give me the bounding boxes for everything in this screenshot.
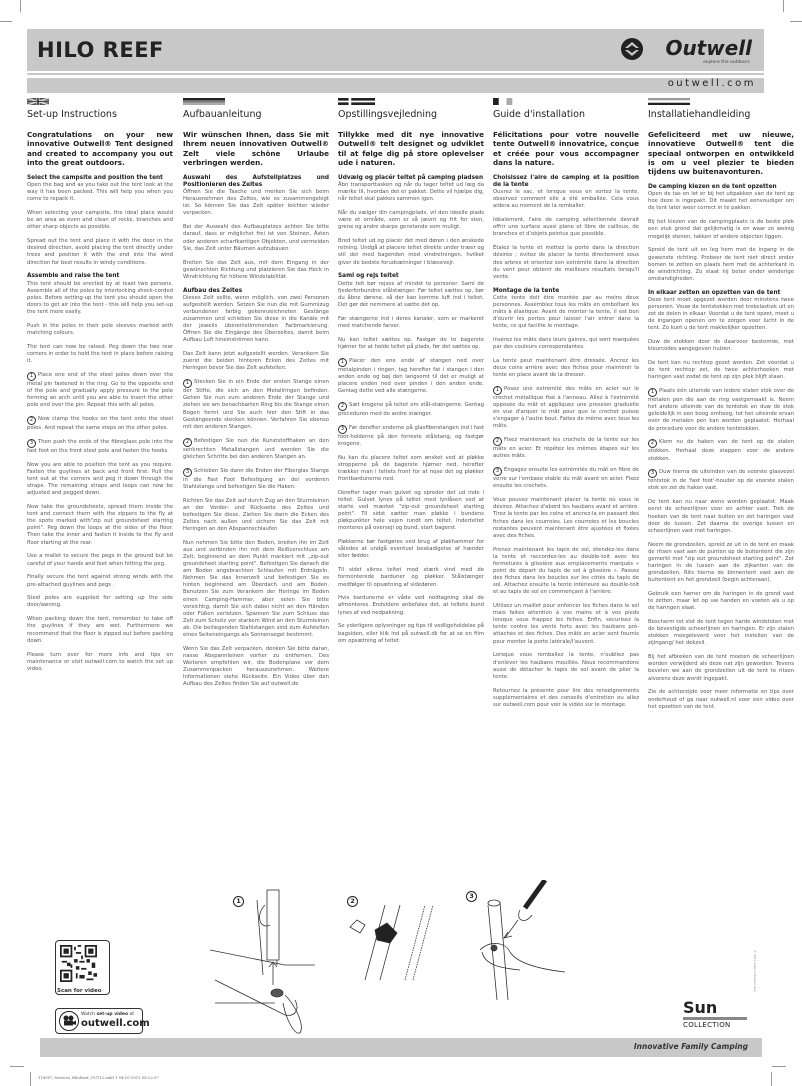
instruction-paragraph: Steel poles are supplied for setting up … <box>27 595 173 609</box>
paragraph-text: Idéalement, l'aire de camping sélectionn… <box>493 217 639 237</box>
paragraph-text: Bei der Auswahl des Aufbauplatzes achten… <box>183 224 329 251</box>
instruction-paragraph: Use a mallet to secure the pegs in the g… <box>27 553 173 567</box>
instruction-paragraph: Insérez les mâts dans leurs gaines, qui … <box>493 337 639 351</box>
paragraph-text: Fixez maintenant les crochets de la tent… <box>493 437 639 459</box>
instruction-paragraph: 1Plaats één uiteinde van iedere stalen s… <box>648 388 794 432</box>
watch-url[interactable]: outwell.com <box>81 1018 150 1029</box>
instruction-paragraph: Neem de grondzeilen, spreid ze uit in de… <box>648 542 794 585</box>
paragraph-text: Duw hierna de uiteinden van de voorste g… <box>648 469 794 491</box>
step-number-icon: 3 <box>493 467 502 476</box>
instruction-paragraph: Vous pouvez maintenant placer la tente o… <box>493 497 639 540</box>
danish-flag-icon <box>338 98 375 105</box>
german-flag-icon <box>183 98 225 105</box>
instruction-paragraph: Wenn Sie das Zelt verpacken, denken Sie … <box>183 646 329 689</box>
instruction-paragraph: Push in the poles in their pole sleeves … <box>27 323 173 337</box>
instruction-paragraph: 2Befestigen Sie nun die Kunststoffhaken … <box>183 438 329 461</box>
collection-label: COLLECTION <box>683 1021 747 1029</box>
title-band: HILO REEF Outwell explore the outdoors <box>27 29 764 71</box>
intro-text: Congratulations on your new innovative O… <box>27 130 173 167</box>
paragraph-text: Bescherm tot slot de tent tegen harde wi… <box>648 619 794 646</box>
paragraph-text: Deze tent moet opgezet worden door minst… <box>648 297 794 331</box>
instruction-paragraph: Bred teltet ud og placér det med døren i… <box>338 238 484 266</box>
step-number-icon: 3 <box>27 439 36 448</box>
footer-band: Innovative Family Camping <box>40 1038 762 1057</box>
product-title: HILO REEF <box>37 38 164 62</box>
crop-mark <box>783 0 784 12</box>
paragraph-text: When packing down the tent, remember to … <box>27 616 173 643</box>
watch-bold: set-up video <box>96 1012 128 1017</box>
instruction-paragraph: 1Placér den ene ende af stangen ned over… <box>338 358 484 395</box>
paragraph-text: Öffnen Sie die Tasche und merken Sie sic… <box>183 189 329 216</box>
paragraph-text: Open the bag and as you take out the ten… <box>27 182 173 202</box>
paragraph-text: This tent should be erected by at least … <box>27 281 173 315</box>
qr-code[interactable] <box>55 940 110 995</box>
step-number-icon: 1 <box>183 379 192 388</box>
instruction-paragraph: Select the campsite and position the ten… <box>27 175 173 203</box>
qr-code-icon <box>60 945 97 982</box>
website-url: outwell.com <box>668 78 756 89</box>
paragraph-text: Schieben Sie dann die Enden der Fibergla… <box>183 468 329 490</box>
instruction-paragraph: Assemble and raise the tentThis tent sho… <box>27 273 173 316</box>
print-slug: 118097_Sewn-in_HiloReef_OUT12.indd 1 04-… <box>38 1075 159 1080</box>
instructions: Udvælg og placér teltet på camping plads… <box>338 175 484 645</box>
paragraph-text: Posez une extrémité des mâts en acier su… <box>493 386 639 429</box>
instruction-paragraph: Nu kan teltet sættes op. Fastgør de to b… <box>338 337 484 351</box>
instruction-paragraph: 2Klem nu de haken van de tent op de stal… <box>648 439 794 462</box>
sun-bar <box>683 1017 747 1020</box>
step-number-icon: 2 <box>27 416 36 425</box>
instruction-paragraph: Bij het kiezen van de campingplaats is d… <box>648 219 794 240</box>
paragraph-text: Engagez ensuite les extrémités du mât en… <box>493 467 639 489</box>
paragraph-text: Bred teltet ud og placér det med døren i… <box>338 238 484 265</box>
instruction-paragraph: Richten Sie das Zelt auf durch Zug an de… <box>183 498 329 533</box>
instruction-paragraph: Étalez la tente et mettez la porte dans … <box>493 245 639 280</box>
watch-caption: Watch set-up video at <box>81 1012 134 1017</box>
paragraph-text: Duw de stokken door de daarvoor bestemde… <box>648 339 794 352</box>
instruction-paragraph: Til sidst sikres teltet mod stærk vind m… <box>338 567 484 588</box>
instruction-paragraph: Auswahl des Aufstellplatzes und Position… <box>183 175 329 218</box>
subheading: De camping kiezen en de tent opzetten <box>648 184 794 191</box>
column-french: Guide d'installation Félicitations pour … <box>493 98 639 716</box>
instruction-paragraph: Nun nehmen Sie bitte den Boden, breiten … <box>183 540 329 639</box>
instruction-paragraph: Prenez maintenant les tapis de sol, éten… <box>493 547 639 597</box>
step-number-icon: 1 <box>338 358 347 367</box>
hand-pole-icon <box>205 885 315 1035</box>
crop-mark <box>771 1072 772 1086</box>
instruction-paragraph: Finally secure the tent against strong w… <box>27 574 173 588</box>
instruction-paragraph: 3Schieben Sie dann die Enden der Fibergl… <box>183 468 329 491</box>
instruction-paragraph: Derefter tager man gulvet og spreder det… <box>338 490 484 533</box>
paragraph-text: Åbn transporttasken og når du tager telt… <box>338 182 484 202</box>
instruction-paragraph: Spreid de tent uit en leg hem met de ing… <box>648 247 794 282</box>
paragraph-text: Breiten Sie das Zelt aus, mit dem Eingan… <box>183 260 329 280</box>
video-camera-icon <box>59 1011 79 1031</box>
column-danish: Opstillingsvejledning Tillykke med dit n… <box>338 98 484 652</box>
instruction-paragraph: Hvis bardunerne er våde ved nedtagning s… <box>338 595 484 616</box>
watch-suffix: at <box>128 1012 134 1017</box>
instruction-paragraph: When packing down the tent, remember to … <box>27 616 173 644</box>
step-number-icon: 2 <box>493 437 502 446</box>
intro-text: Félicitations pour votre nouvelle tente … <box>493 130 639 167</box>
instruction-paragraph: Now take the groundsheets, spread them i… <box>27 504 173 547</box>
step-number-icon: 1 <box>648 388 657 397</box>
paragraph-text: Now clamp the hooks on the tent onto the… <box>27 416 173 431</box>
instruction-paragraph: Idéalement, l'aire de camping sélectionn… <box>493 217 639 238</box>
paragraph-text: La tente peut maintenant être dressée. A… <box>493 358 639 378</box>
instruction-paragraph: 3Før derefter enderne på glasfiberstange… <box>338 425 484 448</box>
watch-video-badge[interactable]: Watch set-up video at outwell.com <box>55 1008 143 1034</box>
paragraph-text: Nu kan du placere teltet som ønsket ved … <box>338 455 484 482</box>
outwell-logo-icon <box>620 37 644 61</box>
subheading: In elkaar zetten en opzetten van de tent <box>648 290 794 297</box>
section-title: Set-up Instructions <box>27 111 173 118</box>
paragraph-text: Bij het afbreken van de tent moeten de s… <box>648 654 794 681</box>
subheading: Auswahl des Aufstellplatzes und Position… <box>183 175 329 189</box>
paragraph-text: De tent kan nu rechtop gezet worden. Zet… <box>648 360 794 380</box>
instruction-paragraph: Zie de achterzijde voor meer informatie … <box>648 689 794 710</box>
instruction-paragraph: When selecting your campsite, the ideal … <box>27 210 173 231</box>
section-title: Aufbauanleitung <box>183 111 329 118</box>
subheading: Assemble and raise the tent <box>27 273 173 280</box>
paragraph-text: Push in the poles in their pole sleeves … <box>27 323 173 336</box>
instruction-paragraph: Nu kan du placere teltet som ønsket ved … <box>338 455 484 483</box>
paragraph-text: Klem nu de haken van de tent op de stale… <box>648 439 794 461</box>
dutch-flag-icon <box>648 98 690 105</box>
paragraph-text: Plaats één uiteinde van iedere stalen st… <box>648 388 794 431</box>
paragraph-text: Steel poles are supplied for setting up … <box>27 595 173 608</box>
intro-text: Gefeliciteerd met uw nieuwe, innovatieve… <box>648 130 794 176</box>
instruction-paragraph: Das Zelt kann jetzt aufgestellt werden. … <box>183 351 329 372</box>
qr-caption: Scan for video <box>57 988 101 994</box>
instruction-paragraph: Breiten Sie das Zelt aus, mit dem Eingan… <box>183 260 329 281</box>
step-number-icon: 1 <box>27 372 36 381</box>
instructions: De camping kiezen en de tent opzettenOpe… <box>648 184 794 711</box>
illustration-step-1: 1 <box>205 885 315 1035</box>
watch-prefix: Watch <box>81 1012 96 1017</box>
paragraph-text: Étalez la tente et mettez la porte dans … <box>493 245 639 279</box>
instruction-paragraph: Duw de stokken door de daarvoor bestemde… <box>648 339 794 353</box>
paragraph-text: Spreid de tent uit en leg hem met de ing… <box>648 247 794 281</box>
french-flag-icon <box>493 98 523 105</box>
instruction-paragraph: 1Posez une extrémité des mâts en acier s… <box>493 386 639 430</box>
paragraph-text: Bij het kiezen van de campingplaats is d… <box>648 219 794 239</box>
crop-mark <box>20 0 21 12</box>
paragraph-text: Cette tente doit être montée par au moin… <box>493 295 639 329</box>
paragraph-text: Now you are able to position the tent as… <box>27 462 173 496</box>
crop-mark <box>30 1072 31 1086</box>
instruction-paragraph: Når du vælger din campingplads, vil den … <box>338 210 484 231</box>
illustration-step-3: 3 <box>460 880 570 1005</box>
intro-text: Wir wünschen Ihnen, dass Sie mit Ihrem n… <box>183 130 329 167</box>
url-band: outwell.com <box>27 78 764 93</box>
instruction-paragraph: Aufbau des ZeltesDieses Zelt sollte, wen… <box>183 288 329 345</box>
instructions: Select the campsite and position the ten… <box>27 175 173 673</box>
subheading: Choisissez l'aire de camping et la posit… <box>493 175 639 189</box>
subheading: Montage de la tente <box>493 288 639 295</box>
instruction-paragraph: Spread out the tent and place it with th… <box>27 238 173 266</box>
crop-mark <box>10 1066 24 1067</box>
paragraph-text: Retournez la présente pour lire des rens… <box>493 688 639 708</box>
step-number-icon: 3 <box>338 425 347 434</box>
paragraph-text: The tent can now be raised. Peg down the… <box>27 344 173 364</box>
subheading: Aufbau des Zeltes <box>183 288 329 295</box>
paragraph-text: Sæt krogene på teltet om stål-stængerne.… <box>338 402 484 417</box>
instruction-paragraph: 3Engagez ensuite les extrémités du mât e… <box>493 467 639 490</box>
brand-tagline: explore the outdoors <box>703 60 750 65</box>
instruction-paragraph: 2Fixez maintenant les crochets de la ten… <box>493 437 639 460</box>
copyright-note: © 2011 Oase Outdoors ApS <box>753 950 757 992</box>
illustration-step-2: 2 <box>335 885 435 995</box>
paragraph-text: Nu kan teltet sættes op. Fastgør de to b… <box>338 337 484 350</box>
paragraph-text: Se yderligere oplysninger og tips til ve… <box>338 623 484 643</box>
paragraph-text: Das Zelt kann jetzt aufgestellt werden. … <box>183 351 329 371</box>
instruction-paragraph: Utilisez un maillet pour enfoncer les fi… <box>493 603 639 646</box>
instruction-paragraph: Bescherm tot slot de tent tegen harde wi… <box>648 619 794 647</box>
instruction-paragraph: Bij het afbreken van de tent moeten de s… <box>648 654 794 682</box>
instruction-paragraph: Udvælg og placér teltet på camping plads… <box>338 175 484 203</box>
instruction-paragraph: De tent kan nu naar wens worden geplaats… <box>648 499 794 534</box>
column-english: Set-up Instructions Congratulations on y… <box>27 98 173 680</box>
instruction-paragraph: Bei der Auswahl des Aufbauplatzes achten… <box>183 224 329 252</box>
paragraph-text: Nun nehmen Sie bitte den Boden, breiten … <box>183 540 329 638</box>
paragraph-text: Please turn over for more info and tips … <box>27 652 173 672</box>
paragraph-text: Vous pouvez maintenant placer la tente o… <box>493 497 639 538</box>
instruction-paragraph: Montage de la tenteCette tente doit être… <box>493 288 639 331</box>
instruction-paragraph: Før stængerne ind i deres kanaler, som e… <box>338 316 484 330</box>
paragraph-text: Zie de achterzijde voor meer informatie … <box>648 689 794 709</box>
instructions: Auswahl des Aufstellplatzes und Position… <box>183 175 329 689</box>
instruction-paragraph: Se yderligere oplysninger og tips til ve… <box>338 623 484 644</box>
instruction-paragraph: Choisissez l'aire de camping et la posit… <box>493 175 639 210</box>
section-title: Guide d'installation <box>493 111 639 118</box>
sun-collection-logo: Sun COLLECTION <box>683 1000 747 1029</box>
paragraph-text: Utilisez un maillet pour enfoncer les fi… <box>493 603 639 644</box>
paragraph-text: Then push the ends of the fibreglass pol… <box>27 439 173 454</box>
outwell-logo: Outwell explore the outdoors <box>592 34 752 68</box>
instruction-paragraph: Now you are able to position the tent as… <box>27 462 173 497</box>
instruction-paragraph: Lorsque vous remballez la tente, n'oubli… <box>493 652 639 680</box>
paragraph-text: Placér den ene ende af stangen ned over … <box>338 358 484 394</box>
instruction-paragraph: The tent can now be raised. Peg down the… <box>27 344 173 365</box>
step-number-icon: 1 <box>493 386 502 395</box>
paragraph-text: Neem de grondzeilen, spreid ze uit in de… <box>648 542 794 583</box>
uk-flag-icon <box>27 98 49 105</box>
subheading: Saml og rejs teltet <box>338 273 484 280</box>
instruction-paragraph: 3Then push the ends of the fibreglass po… <box>27 439 173 455</box>
column-german: Aufbauanleitung Wir wünschen Ihnen, dass… <box>183 98 329 695</box>
instruction-paragraph: De camping kiezen en de tent opzettenOpe… <box>648 184 794 212</box>
instruction-paragraph: 2Now clamp the hooks on the tent onto th… <box>27 416 173 432</box>
subheading: Select the campsite and position the ten… <box>27 175 173 182</box>
instruction-paragraph: 3Duw hierna de uiteinden van de voorste … <box>648 469 794 492</box>
crop-mark <box>790 21 802 22</box>
paragraph-text: Dieses Zelt sollte, wenn möglich, von zw… <box>183 295 329 344</box>
step-number-icon: 2 <box>648 439 657 448</box>
hook-clip-icon <box>335 885 435 995</box>
paragraph-text: De tent kan nu naar wens worden geplaats… <box>648 499 794 533</box>
paragraph-text: Hvis bardunerne er våde ved nedtagning s… <box>338 595 484 615</box>
paragraph-text: Før stængerne ind i deres kanaler, som e… <box>338 316 484 329</box>
paragraph-text: Pløkkerne bør fastgøres ved brug af pløk… <box>338 539 484 559</box>
paragraph-text: Befestigen Sie nun die Kunststoffhaken a… <box>183 438 329 460</box>
paragraph-text: Prenez maintenant les tapis de sol, éten… <box>493 547 639 596</box>
instruction-paragraph: Please turn over for more info and tips … <box>27 652 173 673</box>
fast-foot-icon <box>460 880 570 1005</box>
instruction-paragraph: Retournez la présente pour lire des rens… <box>493 688 639 709</box>
paragraph-text: Derefter tager man gulvet og spreder det… <box>338 490 484 531</box>
crop-mark <box>772 1066 786 1067</box>
column-dutch: Installatiehandleiding Gefeliciteerd met… <box>648 98 794 718</box>
paragraph-text: Før derefter enderne på glasfiberstangen… <box>338 425 484 447</box>
instruction-paragraph: De tent kan nu rechtop gezet worden. Zet… <box>648 360 794 381</box>
paragraph-text: Gebruik een hamer om de haringen in de g… <box>648 591 794 611</box>
section-title: Installatiehandleiding <box>648 111 794 118</box>
paragraph-text: Lorsque vous remballez la tente, n'oubli… <box>493 652 639 679</box>
paragraph-text: Open de tas en let er bij het uitpakken … <box>648 191 794 211</box>
paragraph-text: Når du vælger din campingplads, vil den … <box>338 210 484 230</box>
section-title: Opstillingsvejledning <box>338 111 484 118</box>
step-number-icon: 3 <box>183 468 192 477</box>
instruction-paragraph: Pløkkerne bør fastgøres ved brug af pløk… <box>338 539 484 560</box>
instruction-paragraph: 2Sæt krogene på teltet om stål-stængerne… <box>338 402 484 418</box>
paragraph-text: Spread out the tent and place it with th… <box>27 238 173 265</box>
paragraph-text: Ouvrez le sac, et lorsque vous en sortez… <box>493 189 639 209</box>
crop-mark <box>0 21 12 22</box>
instruction-paragraph: Gebruik een hamer om de haringen in de g… <box>648 591 794 612</box>
brand-name: Outwell <box>665 36 752 60</box>
instruction-paragraph: La tente peut maintenant être dressée. A… <box>493 358 639 379</box>
paragraph-text: Place one end of the steel poles down ov… <box>27 372 173 408</box>
sun-word: Sun <box>683 1000 747 1016</box>
intro-text: Tillykke med dit nye innovative Outwell®… <box>338 130 484 167</box>
paragraph-text: Insérez les mâts dans leurs gaines, qui … <box>493 337 639 350</box>
paragraph-text: When selecting your campsite, the ideal … <box>27 210 173 230</box>
footer-tagline: Innovative Family Camping <box>634 1042 748 1051</box>
step-number-icon: 3 <box>648 469 657 478</box>
paragraph-text: Use a mallet to secure the pegs in the g… <box>27 553 173 566</box>
instruction-paragraph: Saml og rejs teltetDette telt bør rejses… <box>338 273 484 308</box>
instructions: Choisissez l'aire de camping et la posit… <box>493 175 639 709</box>
instruction-paragraph: 1Stecken Sie in ein Ende der ersten Stan… <box>183 379 329 431</box>
instruction-paragraph: 1Place one end of the steel poles down o… <box>27 372 173 409</box>
paragraph-text: Til sidst sikres teltet mod stærk vind m… <box>338 567 484 587</box>
step-number-icon: 2 <box>338 402 347 411</box>
paragraph-text: Wenn Sie das Zelt verpacken, denken Sie … <box>183 646 329 687</box>
divider <box>27 73 764 75</box>
instruction-paragraph: In elkaar zetten en opzetten van de tent… <box>648 290 794 333</box>
paragraph-text: Finally secure the tent against strong w… <box>27 574 173 587</box>
paragraph-text: Stecken Sie in ein Ende der ersten Stang… <box>183 379 329 429</box>
paragraph-text: Now take the groundsheets, spread them i… <box>27 504 173 545</box>
paragraph-text: Richten Sie das Zelt auf durch Zug an de… <box>183 498 329 532</box>
step-number-icon: 2 <box>183 438 192 447</box>
paragraph-text: Dette telt bør rejses af mindst to perso… <box>338 281 484 308</box>
